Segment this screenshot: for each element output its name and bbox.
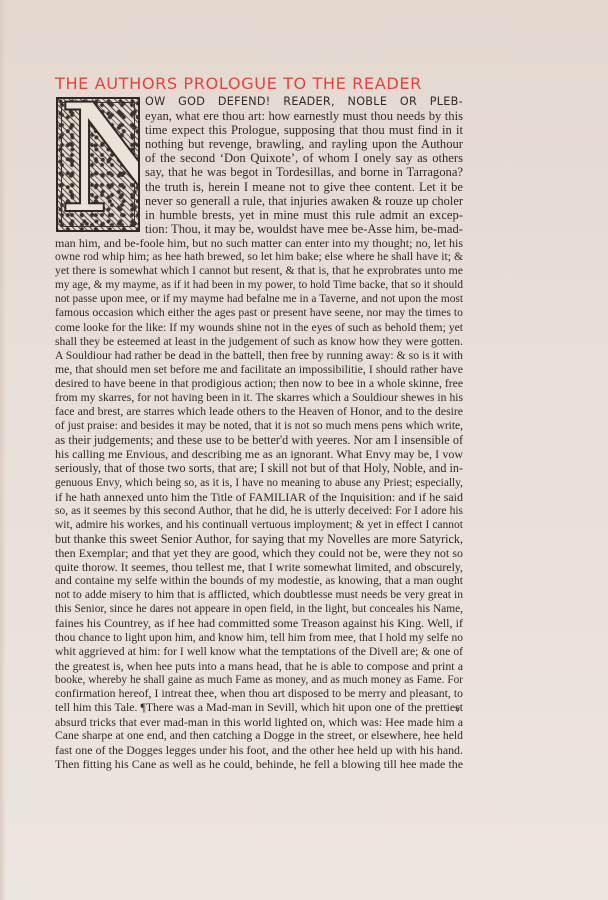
text-line: and containe my selfe within the bounds … (55, 574, 463, 588)
text-line: whit aggrieved at him: for I well know w… (55, 645, 463, 659)
text-line: tell him this Tale. ¶There was a Mad-man… (55, 701, 463, 715)
text-line: not passe upon mee, or if my mayme had b… (55, 292, 463, 306)
text-line: famous occasion which either the ages pa… (55, 306, 463, 320)
text-line: in humble brests, yet in mine must this … (145, 208, 463, 222)
text-line: as their judgements; and these use to be… (55, 433, 463, 447)
text-line: seriously, that of those two sorts, that… (55, 461, 463, 475)
text-line: so, as it seemes by this second Author, … (55, 504, 463, 518)
text-line: confirmation hereof, I intreat thee, whe… (55, 687, 463, 701)
text-line: tion: Thou, it may be, wouldst have mee … (145, 222, 463, 236)
text-line: then Exemplar; and that yet they are goo… (55, 546, 463, 560)
text-line: of the second ‘Don Quixote’, of whom I o… (145, 151, 463, 165)
text-line: not to adde misery to him that is afflic… (55, 588, 463, 602)
text-line: face and brest, are starres which leade … (55, 405, 463, 419)
text-line: fast one of the Dogges legges under his … (55, 743, 463, 757)
page-edge (0, 0, 6, 900)
chapter-title: THE AUTHORS PROLOGUE TO THE READER (55, 74, 465, 94)
text-line: nothing but revenge, brawling, and rayli… (145, 137, 463, 151)
text-line: from my skarres, for not having been in … (55, 391, 463, 405)
text-line: genuous Envy, which being so, as it is, … (55, 476, 463, 490)
text-line: me, that should men set before me and fa… (55, 363, 463, 377)
text-line: if he hath annexed unto him the Title of… (55, 490, 463, 504)
prologue-text: OW GOD DEFEND! READER, NOBLE OR PLEB- ey… (55, 95, 463, 772)
text-line: thou chance to light upon him, and know … (55, 631, 463, 645)
text-line: his calling me Envious, and describing m… (55, 447, 463, 461)
text-line: yet there is somewhat which I cannot but… (55, 264, 463, 278)
text-line: of just praise: and besides it may be no… (55, 419, 463, 433)
text-line: Cane sharpe at one end, and then catchin… (55, 729, 463, 743)
text-line: the greatest is, when hee puts into a ma… (55, 659, 463, 673)
text-line: come looke for the like: If my wounds sh… (55, 321, 463, 335)
text-line: the truth is, herein I meane not to give… (145, 180, 463, 194)
text-line: eyan, what ere thou art: how earnestly m… (145, 109, 463, 123)
text-line: faines his Countrey, as if hee had commi… (55, 616, 463, 630)
text-line: never so generall a rule, that injuries … (145, 194, 463, 208)
text-line: quite thorow. It seemes, thou tellest me… (55, 560, 463, 574)
text-line: Then fitting his Cane as well as he coul… (55, 757, 463, 771)
text-line: say, that he was begot in Tordesillas, a… (145, 165, 463, 179)
text-line: booke, whereby he shall gaine as much Fa… (55, 673, 463, 687)
text-line: shall they be esteemed at least in the j… (55, 335, 463, 349)
text-line: my age, & my mayme, as if it had been in… (55, 278, 463, 292)
text-line: this Senior, since he dares not appeare … (55, 602, 463, 616)
text-line: OW GOD DEFEND! READER, NOBLE OR PLEB- (145, 95, 463, 109)
text-line: absurd tricks that ever mad-man in this … (55, 715, 463, 729)
text-line: man him, and be-foole him, but no such m… (55, 236, 463, 250)
page-number: v (455, 704, 460, 715)
text-line: time expect this Prologue, supposing tha… (145, 123, 463, 137)
text-line: wit, admire his workes, and his continua… (55, 518, 463, 532)
text-line: A Souldiour had rather be dead in the ba… (55, 349, 463, 363)
book-page: THE AUTHORS PROLOGUE TO THE READER N OW … (0, 0, 608, 900)
text-line: owne rod whip him; as hee hath brewed, s… (55, 250, 463, 264)
text-line: desired to have beene in that prodigious… (55, 377, 463, 391)
text-line: but thanke this sweet Senior Author, for… (55, 532, 463, 546)
